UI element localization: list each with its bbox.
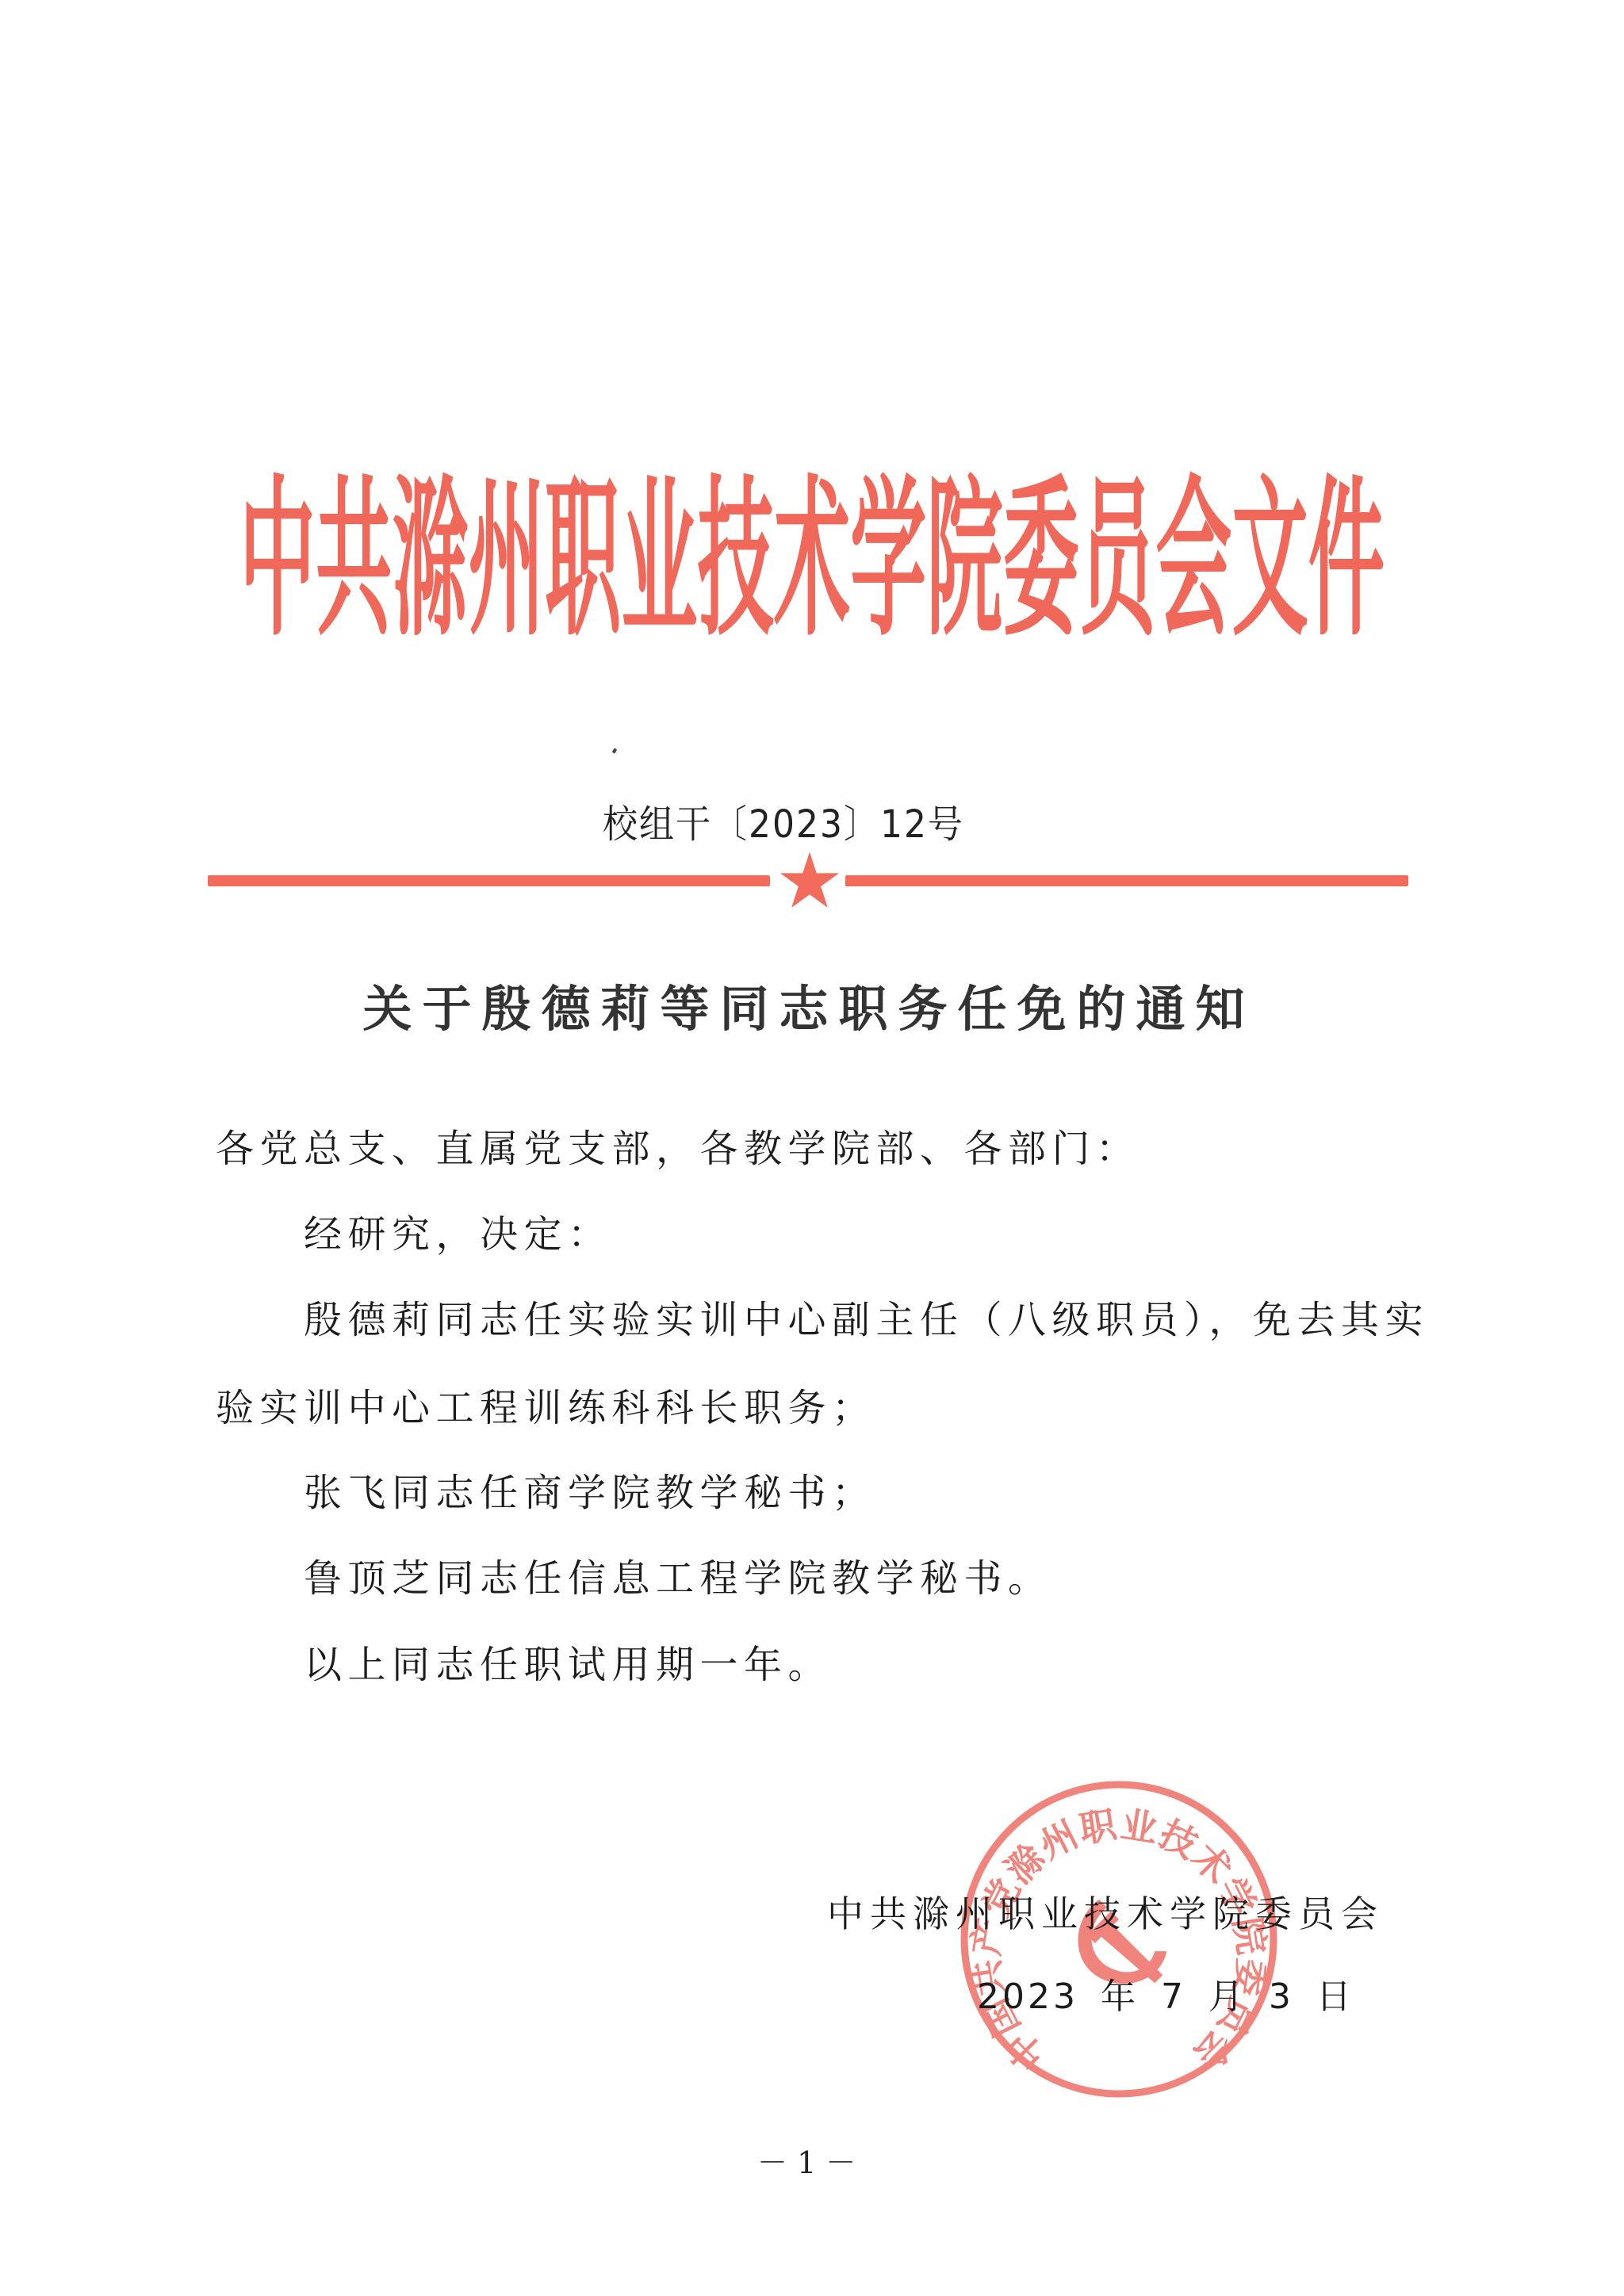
- masthead-char: 职: [545, 474, 621, 645]
- title-char: 同: [714, 983, 774, 1035]
- page-number: － 1 －: [757, 2145, 852, 2180]
- body-paragraph: 经研究，决定：: [304, 1212, 612, 1257]
- issue-date: 2023 年 7 月 3 日: [977, 1977, 1354, 2017]
- salutation: 各党总支、直属党支部，各教学院部、各部门：: [216, 1127, 1140, 1171]
- masthead-char: 学: [850, 474, 926, 645]
- issuing-organization: 中共滁州职业技术学院委员会: [827, 1892, 1384, 1936]
- masthead-char: 中: [239, 474, 316, 645]
- title-char: 免: [1012, 983, 1071, 1035]
- title-char: 莉: [596, 983, 655, 1035]
- title-char: 职: [833, 983, 893, 1035]
- title-char: 等: [655, 983, 714, 1035]
- masthead-char: 院: [927, 474, 1003, 645]
- title-char: 通: [1131, 983, 1190, 1035]
- title-char: 知: [1190, 983, 1250, 1035]
- title-char: 关: [358, 983, 417, 1035]
- body-paragraph-continuation: 验实训中心工程训练科科长职务；: [216, 1386, 876, 1430]
- body-paragraph: 张飞同志任商学院教学秘书；: [304, 1471, 876, 1515]
- title-char: 志: [774, 983, 833, 1035]
- masthead-char: 州: [469, 474, 545, 645]
- masthead-char: 件: [1308, 474, 1385, 645]
- body-paragraph: 殷德莉同志任实验实训中心副主任（八级职员），免去其实: [304, 1298, 1429, 1342]
- title-char: 德: [536, 983, 596, 1035]
- divider-line-right: [845, 875, 1408, 886]
- body-paragraph: 以上同志任职试用期一年。: [304, 1643, 832, 1687]
- scan-speck: [612, 748, 617, 753]
- title-char: 于: [417, 983, 477, 1035]
- masthead-char: 技: [698, 474, 774, 645]
- title-char: 任: [952, 983, 1012, 1035]
- masthead-char: 员: [1079, 474, 1155, 645]
- star-icon: [780, 851, 839, 909]
- masthead-char: 文: [1232, 474, 1308, 645]
- title-char: 殷: [477, 983, 536, 1035]
- document-number: 校组干〔2023〕12号: [603, 802, 991, 848]
- title-char: 务: [893, 983, 952, 1035]
- notice-title: 关 于 殷 德 莉 等 同 志 职 务 任 免 的 通 知: [358, 983, 1250, 1035]
- divider-line-left: [208, 875, 770, 886]
- masthead-char: 委: [1003, 474, 1079, 645]
- title-char: 的: [1071, 983, 1131, 1035]
- masthead-char: 业: [621, 474, 697, 645]
- official-seal: 中国共产党滁州职业技术学院委员会: [959, 1780, 1278, 2099]
- masthead-char: 术: [774, 474, 850, 645]
- masthead-char: 滁: [393, 474, 469, 645]
- masthead-char: 会: [1155, 474, 1231, 645]
- masthead-title: 中 共 滁 州 职 业 技 术 学 院 委 员 会 文 件: [239, 474, 1385, 645]
- masthead-char: 共: [316, 474, 392, 645]
- body-paragraph: 鲁顶芝同志任信息工程学院教学秘书。: [304, 1556, 1052, 1601]
